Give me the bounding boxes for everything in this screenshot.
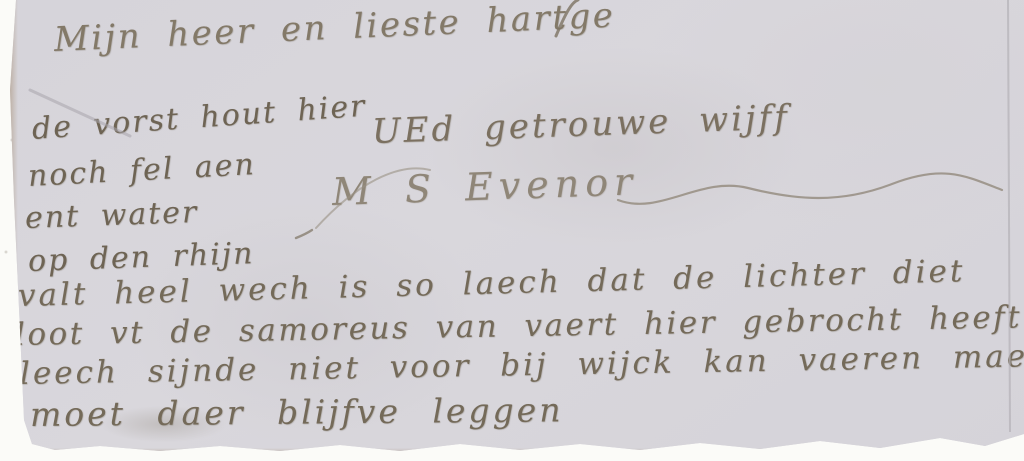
ink-tick (296, 230, 312, 238)
margin-note-line-1: de vorst hout hier (31, 89, 368, 147)
letter-paper: Mijn heer en lieste hartge de vorst hout… (0, 0, 1024, 461)
greeting-line: Mijn heer en lieste hartge (53, 0, 616, 60)
body-line-4: moet daer blijfve leggen (30, 390, 564, 434)
margin-note-line-2: noch fel aen (27, 147, 257, 194)
signature: M S Evenor (331, 159, 639, 214)
margin-note-line-3: ent water (24, 195, 199, 236)
signature-flourish (618, 173, 1002, 203)
closing-line: UEd getrouwe wijff (371, 97, 790, 152)
scan-background: Mijn heer en lieste hartge de vorst hout… (0, 0, 1024, 461)
